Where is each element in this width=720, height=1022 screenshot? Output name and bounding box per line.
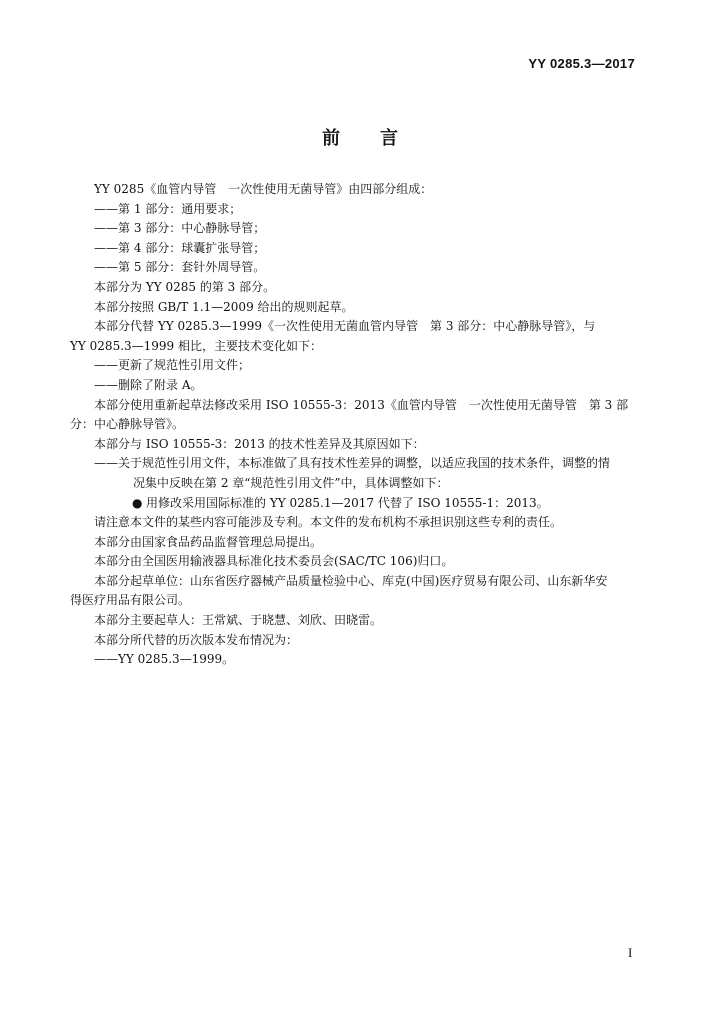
paragraph-line: ——删除了附录 A。 [70,376,650,396]
paragraph-line: 本部分按照 GB/T 1.1—2009 给出的规则起草。 [70,298,650,318]
paragraph-line: 本部分主要起草人：王常斌、于晓慧、刘欣、田晓雷。 [70,611,650,631]
paragraph-line: ——YY 0285.3—1999。 [70,650,650,670]
paragraph-line: ——关于规范性引用文件，本标准做了具有技术性差异的调整，以适应我国的技术条件，调… [70,454,650,474]
paragraph-line: 况集中反映在第 2 章“规范性引用文件”中，具体调整如下： [70,474,650,494]
paragraph-line: ——第 5 部分：套针外周导管。 [70,258,650,278]
paragraph-line: 本部分由全国医用输液器具标准化技术委员会(SAC/TC 106)归口。 [70,552,650,572]
bullet-icon: ● [132,494,146,514]
paragraph-line: 本部分起草单位：山东省医疗器械产品质量检验中心、库克(中国)医疗贸易有限公司、山… [70,572,650,592]
paragraph-line: ——第 1 部分：通用要求； [70,200,650,220]
foreword-body: YY 0285《血管内导管 一次性使用无菌导管》由四部分组成：——第 1 部分：… [70,180,650,670]
paragraph-line: 本部分为 YY 0285 的第 3 部分。 [70,278,650,298]
paragraph-line: ●用修改采用国际标准的 YY 0285.1—2017 代替了 ISO 10555… [70,494,650,514]
paragraph-line: YY 0285《血管内导管 一次性使用无菌导管》由四部分组成： [70,180,650,200]
document-code: YY 0285.3—2017 [528,56,635,71]
paragraph-line: ——第 3 部分：中心静脉导管； [70,219,650,239]
page-number: I [628,945,632,961]
paragraph-line: 得医疗用品有限公司。 [70,591,650,611]
paragraph-line: 本部分所代替的历次版本发布情况为： [70,631,650,651]
paragraph-line: 本部分代替 YY 0285.3—1999《一次性使用无菌血管内导管 第 3 部分… [70,317,650,337]
paragraph-line: 本部分使用重新起草法修改采用 ISO 10555-3：2013《血管内导管 一次… [70,396,650,416]
bullet-text: 用修改采用国际标准的 YY 0285.1—2017 代替了 ISO 10555-… [146,496,549,510]
paragraph-line: YY 0285.3—1999 相比，主要技术变化如下： [70,337,650,357]
page-title: 前言 [0,124,720,150]
paragraph-line: 本部分与 ISO 10555-3：2013 的技术性差异及其原因如下： [70,435,650,455]
paragraph-line: 本部分由国家食品药品监督管理总局提出。 [70,533,650,553]
paragraph-line: 请注意本文件的某些内容可能涉及专利。本文件的发布机构不承担识别这些专利的责任。 [70,513,650,533]
paragraph-line: 分：中心静脉导管》。 [70,415,650,435]
paragraph-line: ——第 4 部分：球囊扩张导管； [70,239,650,259]
paragraph-line: ——更新了规范性引用文件； [70,356,650,376]
